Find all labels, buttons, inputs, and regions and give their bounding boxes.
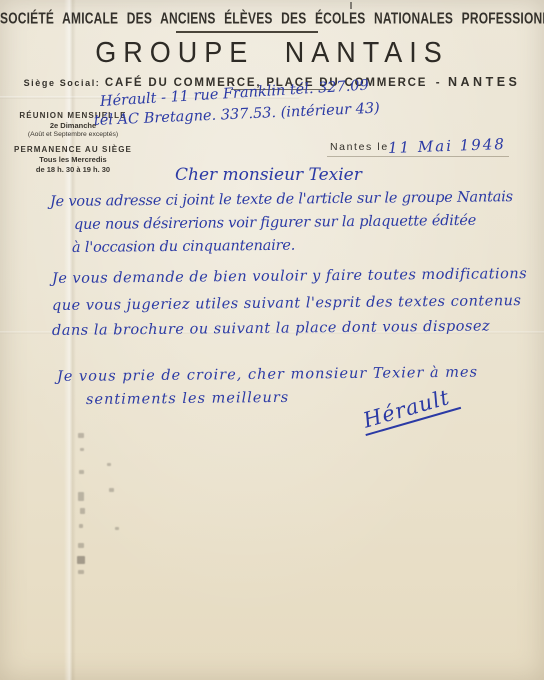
paragraph1-line2: que nous désirerions voir figurer sur la… (74, 213, 476, 233)
ink-smudge (80, 448, 84, 451)
society-title: SOCIÉTÉ AMICALE DES ANCIENS ÉLÈVES DES É… (0, 9, 544, 27)
paper-crease-vertical (64, 0, 76, 680)
ink-smudge (78, 492, 84, 501)
handwritten-date: 11 Mai 1948 (388, 135, 506, 157)
permanence-title: PERMANENCE AU SIÈGE (13, 145, 133, 154)
ink-smudge (77, 556, 85, 564)
signature: Hérault (359, 383, 462, 436)
ink-smudge (79, 524, 83, 528)
siege-label: Siège Social: (24, 78, 101, 88)
permanence-hours: de 18 h. 30 à 19 h. 30 (13, 165, 133, 174)
date-label: Nantes le (330, 141, 389, 153)
reunion-exception: (Août et Septembre exceptés) (13, 131, 133, 138)
date-underline (327, 156, 509, 157)
paragraph2-line1: Je vous demande de bien vouloir y faire … (52, 266, 527, 287)
info-spacer (13, 138, 133, 145)
ink-smudge (107, 463, 111, 466)
ink-smudge (79, 470, 84, 474)
header-rule-top (176, 31, 318, 33)
ink-smudge (109, 488, 114, 492)
closing-line2: sentiments les meilleurs (86, 390, 289, 408)
ink-smudge (78, 433, 84, 438)
ink-smudge (115, 527, 119, 530)
group-title: GROUPE NANTAIS (0, 37, 544, 70)
ink-smudge (78, 543, 84, 548)
paragraph2-line3: dans la brochure ou suivant la place don… (52, 318, 490, 339)
siege-separator: - (432, 77, 444, 89)
siege-city: NANTES (448, 75, 520, 89)
closing-line1: Je vous prie de croire, cher monsieur Te… (57, 365, 478, 385)
scanned-letter-page: SOCIÉTÉ AMICALE DES ANCIENS ÉLÈVES DES É… (0, 0, 544, 680)
permanence-days: Tous les Mercredis (13, 155, 133, 164)
paragraph2-line2: que vous jugeriez utiles suivant l'espri… (52, 293, 522, 314)
salutation: Cher monsieur Texier (175, 165, 362, 185)
ink-smudge (78, 570, 84, 574)
scan-artifact-mark (350, 2, 352, 9)
paragraph1-line3: à l'occasion du cinquantenaire. (72, 238, 295, 256)
ink-smudge (80, 508, 85, 514)
paragraph1-line1: Je vous adresse ci joint le texte de l'a… (50, 189, 513, 210)
